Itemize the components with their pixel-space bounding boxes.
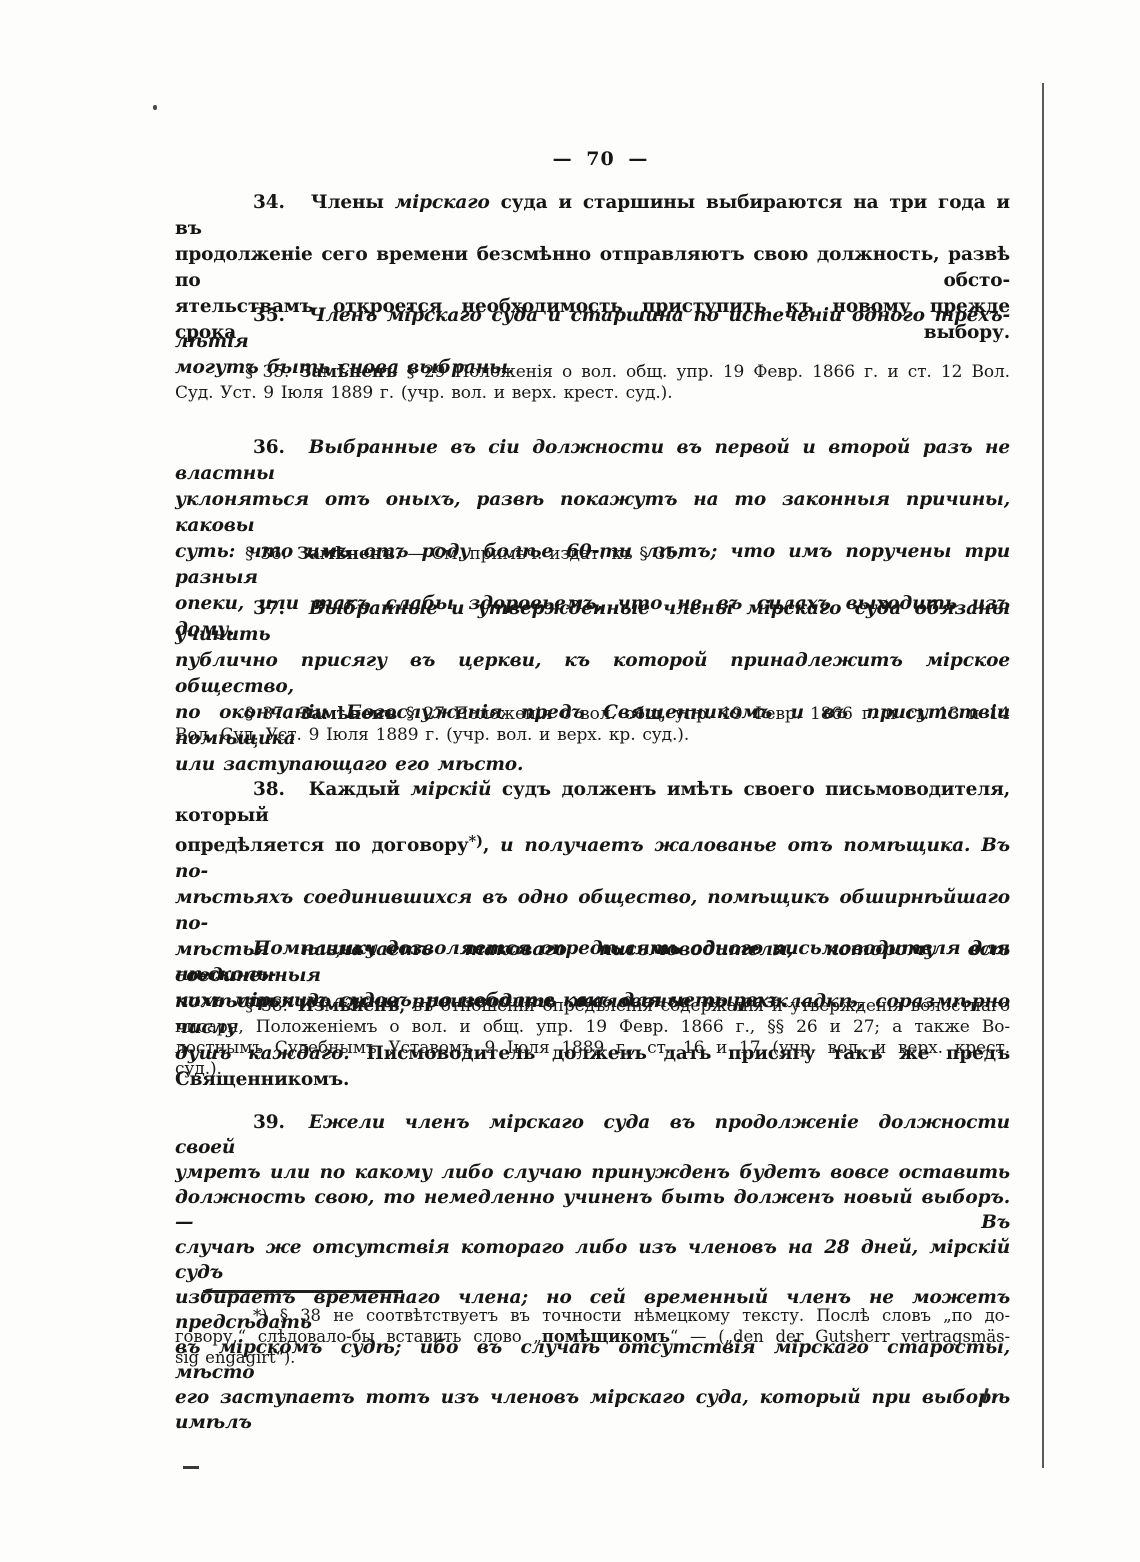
ink-speck: [153, 105, 157, 110]
text-run: Замѣненъ.: [297, 544, 401, 564]
text-run: Ежели членъ мірскаго суда въ продолженіе…: [175, 1112, 1010, 1158]
text-column: — 70 — 34.Члены мірскаго суда и старшины…: [175, 0, 1010, 1562]
text-run: Выбранные и утвержденные члены мірскаго …: [175, 598, 1010, 645]
text-run: § 29 Положенія о вол. общ. упр. 19 Февр.…: [397, 362, 1010, 382]
text-run: должность свою, то немедленно учиненъ бы…: [175, 1187, 1010, 1233]
text-run: Замѣненъ: [299, 362, 397, 382]
editor-note-38: § 38.Измѣненъ, въ отношеніи опредѣленія …: [175, 996, 1010, 1080]
text-line: или заступающаго его мѣсто.: [175, 752, 1010, 778]
text-line: 39.Ежели членъ мірскаго суда въ продолже…: [175, 1110, 1010, 1160]
text-run: мірскій: [411, 779, 492, 800]
text-line: писаря, Положеніемъ о вол. и общ. упр. 1…: [175, 1017, 1010, 1038]
text-run: § 36.: [245, 544, 287, 564]
footnote-38: *) § 38 не соотвѣтствуетъ въ точности нѣ…: [175, 1305, 1010, 1368]
text-run: Помѣщику дозволяется опредѣлять одного п…: [175, 938, 1010, 985]
text-run: уклоняться отъ оныхъ, развѣ покажутъ на …: [175, 489, 1010, 536]
text-line: публично присягу въ церкви, къ которой п…: [175, 648, 1010, 700]
text-run: Выбранные въ сіи должности въ первой и в…: [175, 437, 1010, 484]
text-run: 36.: [253, 437, 285, 458]
text-line: § 37.Замѣненъ § 27 Положенія о вол. общ.…: [175, 704, 1010, 725]
text-run: § 27 Положенія о вол. общ. упр. 19 Февр.…: [397, 704, 1010, 724]
text-run: 37.: [253, 598, 285, 619]
text-line: должность свою, то немедленно учиненъ бы…: [175, 1185, 1010, 1235]
text-run: умретъ или по какому либо случаю принужд…: [175, 1162, 1010, 1183]
text-run: говору,“ слѣдовало-бы вставить слово „: [175, 1327, 542, 1346]
text-line: sig engagirt“).: [175, 1347, 1010, 1368]
editor-note-35: § 35.Замѣненъ § 29 Положенія о вол. общ.…: [175, 362, 1010, 404]
text-run: суд.).: [175, 1059, 222, 1079]
statute-paragraph-39: 39.Ежели членъ мірскаго суда въ продолже…: [175, 1110, 1010, 1435]
text-line: Вол. Суд. Уст. 9 Іюля 1889 г. (учр. вол.…: [175, 725, 1010, 746]
text-line: Помѣщику дозволяется опредѣлять одного п…: [175, 936, 1010, 988]
text-run: “ — („den der Gutsherr vertragsmäs-: [670, 1327, 1010, 1346]
text-line: 37.Выбранные и утвержденные члены мірска…: [175, 596, 1010, 648]
text-run: продолженіе сего времени безсмѣнно отпра…: [175, 244, 1010, 291]
text-line: продолженіе сего времени безсмѣнно отпра…: [175, 242, 1010, 294]
text-line: умретъ или по какому либо случаю принужд…: [175, 1160, 1010, 1185]
text-run: или заступающаго его мѣсто.: [175, 754, 523, 775]
text-run: его заступаетъ тотъ изъ членовъ мірскаго…: [175, 1387, 1010, 1433]
text-run: 39.: [253, 1112, 285, 1133]
text-line: уклоняться отъ оныхъ, развѣ покажутъ на …: [175, 487, 1010, 539]
text-run: въ отношеніи опредѣленія содержанія и ут…: [405, 996, 1010, 1016]
text-line: говору,“ слѣдовало-бы вставить слово „по…: [175, 1326, 1010, 1347]
text-line: мѣстьяхъ соединившихся въ одно общество,…: [175, 885, 1010, 937]
text-run: судъ долженъ имѣть своего письмоводителя…: [175, 779, 1010, 826]
text-line: 36.Выбранные въ сіи должности въ первой …: [175, 435, 1010, 487]
text-run: 38.: [253, 779, 285, 800]
book-page: — 70 — 34.Члены мірскаго суда и старшины…: [0, 0, 1140, 1562]
margin-dash: [183, 1466, 199, 1469]
text-line: Суд. Уст. 9 Іюля 1889 г. (учр. вол. и ве…: [175, 383, 1010, 404]
text-run: Вол. Суд. Уст. 9 Іюля 1889 г. (учр. вол.…: [175, 725, 689, 745]
text-run: помѣщикомъ: [542, 1327, 670, 1346]
text-line: опредѣляется по договору*), и получаетъ …: [175, 829, 1010, 885]
text-run: 34.: [253, 192, 285, 213]
text-run: Замѣненъ: [299, 704, 397, 724]
text-run: случаѣ же отсутствія котораго либо изъ ч…: [175, 1237, 1010, 1283]
text-run: § 37.: [245, 704, 289, 724]
text-run: Членъ мірскаго суда и старшина по истече…: [175, 305, 1010, 352]
text-line: 38.Каждый мірскій судъ долженъ имѣть сво…: [175, 777, 1010, 829]
text-run: *) § 38 не соотвѣтствуетъ въ точности нѣ…: [253, 1306, 1010, 1325]
footnote-rule: [203, 1290, 403, 1293]
text-run: опредѣляется по договору: [175, 835, 469, 856]
text-line: его заступаетъ тотъ изъ членовъ мірскаго…: [175, 1385, 1010, 1435]
text-line: *) § 38 не соотвѣтствуетъ въ точности нѣ…: [175, 1305, 1010, 1326]
text-run: *): [469, 833, 483, 850]
text-line: 35.Членъ мірскаго суда и старшина по ист…: [175, 303, 1010, 355]
text-line: § 35.Замѣненъ § 29 Положенія о вол. общ.…: [175, 362, 1010, 383]
editor-note-36: § 36.Замѣненъ. — См. примѣч. издат. къ §…: [175, 544, 1010, 565]
text-run: Члены: [311, 192, 395, 213]
text-run: лостнымъ Судебнымъ Уставомъ 9 Іюля 1889 …: [175, 1038, 1010, 1058]
text-line: суд.).: [175, 1059, 1010, 1080]
text-run: § 35.: [245, 362, 289, 382]
scan-fold-line: [1042, 83, 1044, 1468]
text-run: писаря, Положеніемъ о вол. и общ. упр. 1…: [175, 1017, 1010, 1037]
text-run: мірскаго: [395, 192, 490, 213]
page-number: — 70 —: [183, 146, 1018, 172]
text-run: — См. примѣч. издат. къ § 35.: [401, 544, 682, 564]
text-line: § 36.Замѣненъ. — См. примѣч. издат. къ §…: [175, 544, 1010, 565]
text-run: публично присягу въ церкви, къ которой п…: [175, 650, 1010, 697]
text-line: § 38.Измѣненъ, въ отношеніи опредѣленія …: [175, 996, 1010, 1017]
text-line: 34.Члены мірскаго суда и старшины выбира…: [175, 190, 1010, 242]
text-run: sig engagirt“).: [175, 1348, 295, 1367]
editor-note-37: § 37.Замѣненъ § 27 Положенія о вол. общ.…: [175, 704, 1010, 746]
statute-paragraph-37: 37.Выбранные и утвержденные члены мірска…: [175, 596, 1010, 778]
text-run: мѣстьяхъ соединившихся въ одно общество,…: [175, 887, 1010, 934]
text-run: 35.: [253, 305, 285, 326]
text-run: Каждый: [309, 779, 411, 800]
text-line: случаѣ же отсутствія котораго либо изъ ч…: [175, 1235, 1010, 1285]
text-run: § 38.: [245, 996, 288, 1016]
text-run: Измѣненъ,: [298, 996, 405, 1016]
text-run: суда и старшины выбираются на три года и…: [175, 192, 1010, 239]
text-line: лостнымъ Судебнымъ Уставомъ 9 Іюля 1889 …: [175, 1038, 1010, 1059]
text-run: Суд. Уст. 9 Іюля 1889 г. (учр. вол. и ве…: [175, 383, 673, 403]
text-run: ,: [483, 835, 500, 856]
